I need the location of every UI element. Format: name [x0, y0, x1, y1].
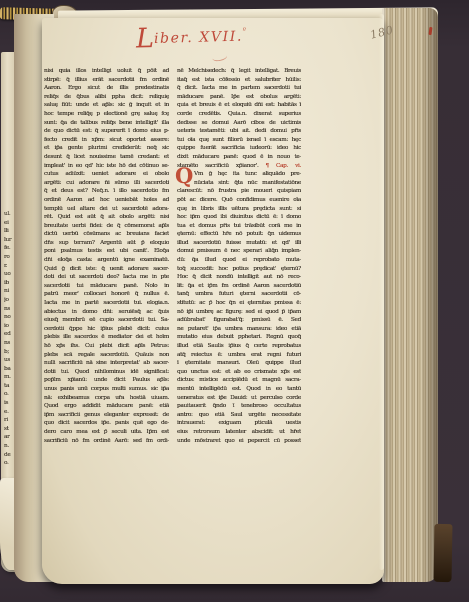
- text-line: reliq̄s de q̄bus alibi ppha dicit: reliq…: [44, 93, 169, 102]
- book-photo: ul.eillilurfe.ror.uoibnijonsnoioednsb;us…: [0, 0, 469, 602]
- text-line: itaq̄ est ista cōfessio et salubriter hū…: [177, 76, 301, 85]
- text-line: hoc tempe reliq̄ę p electionē grę saluę …: [44, 110, 169, 119]
- text-line: q̄ dicit. Iacta me in partem sacerdotii …: [177, 84, 301, 93]
- text-line: ne putaret' ip̄a umbra mansura: ideo eti…: [177, 325, 301, 334]
- text-line: hō xp̄s ih̄s. Cui plebi dicit ap̄ls Petr…: [44, 342, 169, 351]
- text-line: quę in libris illis uētura prędicta sunt…: [177, 205, 301, 214]
- text-line: dn̄s sup terram? Argentū aūt p̄ eloquio: [44, 239, 169, 248]
- text-line: quo dicit sacerdos ip̄e. panis quē ego d…: [44, 419, 169, 428]
- text-line: lit: q̄a et ip̄m fm ordinē Aaron sacerdo…: [177, 282, 301, 291]
- drop-cap-initial: Q: [175, 166, 193, 186]
- text-line: antro: quo etiā Saul urgēte necessitate: [177, 411, 301, 420]
- text-line: stirpē: q̄ illius erāt sacerdotii fm ord…: [44, 76, 169, 85]
- running-title-flourish-mark: º: [243, 27, 247, 35]
- text-line: ī ęternitate mansuri. Oleū quippe illud: [177, 359, 301, 368]
- text-line: nūciata sint: q̄ta nūc manifestatiōne: [177, 179, 301, 188]
- text-line: ueteris testamēti: ubi ait. dedi domui p…: [177, 127, 301, 136]
- text-line: breuitate uerbi fidei: de q̄ cōmemorat a…: [44, 222, 169, 231]
- text-line: quippe fuerāt sacrificia iudeorū: ideo h…: [177, 144, 301, 153]
- text-line: pōt ac dicere. Quō confidimus euenire oī…: [177, 196, 301, 205]
- text-line: sacerdotii tui māducare panē. Nolo in: [44, 282, 169, 291]
- text-line: templū uel altare dei ut sacerdotē adora…: [44, 205, 169, 214]
- text-line: patrū meor' collocari honorē q̄ nullus ē…: [44, 290, 169, 299]
- running-title-text: iber. XVII.: [154, 29, 243, 47]
- text-line: nisi quia illos intelligi uoluit q̄ pōit…: [44, 67, 169, 76]
- text-line: poni psalmus testis est ubi canit'. Eloq…: [44, 247, 169, 256]
- text-line: illud etiā Saulis ip̄ius q̄ certe reprob…: [177, 342, 301, 351]
- text-line: dero caro mea est p̄ seculi uita. Ip̄m e…: [44, 428, 169, 437]
- text-line: quia et breuis ē et eloquiū dn̄i est: ha…: [177, 101, 301, 110]
- text-line: pop̄lm xp̄ianū: unde dicit Paulus ap̄ls:: [44, 376, 169, 385]
- text-column-right: Q nē Melchisedech: q̄ legit intelligat. …: [177, 67, 301, 445]
- text-line: nulli sacrificiū nā sine interpretat' ab…: [44, 359, 169, 368]
- chapter-marker: ¶ Cap. vi.: [258, 163, 301, 169]
- text-column-left: nisi quia illos intelligi uoluit q̄ pōit…: [44, 67, 169, 445]
- text-line: unus panis unū corpus multi sumus. sic i…: [44, 385, 169, 394]
- text-line: ip̄m sacrificii genus eleganter expressi…: [44, 411, 169, 420]
- text-line: Vm ḡ hęc ita tunc aliquādo pre-: [177, 170, 301, 179]
- text-line: dn̄i eloq̄a casta: argentū igne examinat…: [44, 256, 169, 265]
- text-line: ordinē Aaron ad hoc ueniebāt hoīes ad: [44, 196, 169, 205]
- text-line: Quod ergo addidit māducare panē: etiā: [44, 402, 169, 411]
- text-line: sacrificiū nō fm ordinē Aarō: sed fm ord…: [44, 437, 169, 446]
- text-line: nō ip̄i umbrę ac figurę: sed ei quod p̄ …: [177, 308, 301, 317]
- text-line: hoc ip̄m quod ibi diuinitus dictū ē: ī d…: [177, 213, 301, 222]
- page-right-edge: [379, 14, 384, 570]
- text-line: corde credētis. Quia.n. dixerat superius: [177, 110, 301, 119]
- text-line: rēt. Quid est aūt q̄ ait obolo argēti: n…: [44, 213, 169, 222]
- text-line: māducare panē. Ip̄e est obolus argēti:: [177, 93, 301, 102]
- text-line: de quo dictū est: q̄ supererit ī domo ei…: [44, 127, 169, 136]
- text-line: illud sacerdotiū fuisse mutatū: et qd' i…: [177, 239, 301, 248]
- text-line: mentū intelligēdū est. Quod in eo tantū: [177, 385, 301, 394]
- text-line: tui oīa quę sunt filiorū israel ī escam:…: [177, 136, 301, 145]
- text-line: domui pmissum ē nec sperari aliq̄n imple…: [177, 247, 301, 256]
- running-title: Liber. XVII.º: [136, 26, 247, 50]
- text-line: stamēto sacrificiū xp̄ianor'. ¶ Cap. vi.: [177, 162, 301, 171]
- text-line: dictus: mistice accipiēdū et magnū sacra…: [177, 376, 301, 385]
- text-line: quo unctus est: et ab eo crismate xp̄s e…: [177, 368, 301, 377]
- text-line: dixit māducare panē: quod ē in nouo te-: [177, 153, 301, 162]
- text-line: plebs scā regale sacerdotiū. Quāuis non: [44, 351, 169, 360]
- text-line: q̄ et deus est? Neq̄.n. ī illo sacerdoti…: [44, 187, 169, 196]
- text-line: atq̄ reiectus ē: umbra erat regni futuri: [177, 351, 301, 360]
- text-line: dotii tui. Quod nihilominus idē signific…: [44, 368, 169, 377]
- text-line: adūbrabat' figurabat'q̄: pmissū ē. Sed: [177, 316, 301, 325]
- text-line: eius retrorsum latenter abscidit: ut hr̄…: [177, 428, 301, 437]
- text-line: desunt q̄ licet nouissime tamē credant: …: [44, 153, 169, 162]
- text-line: cerdotii q̄ppe hic ip̄ius plebē dicit: c…: [44, 325, 169, 334]
- text-line: Quid ḡ dicit iste: q̄ uenit adorare sace…: [44, 265, 169, 274]
- text-line: pauitauerit q̄ndo ī tenebroso occultatus: [177, 402, 301, 411]
- text-line: dedisse se domui Aarō cibos de uictimis: [177, 119, 301, 128]
- text-line: stitutū: ac p̄ hoc q̄n ei ęternitas pmis…: [177, 299, 301, 308]
- text-line: cutus adiūxit: ueniet adorare ei obolo: [44, 170, 169, 179]
- text-line: abiectus in domo dn̄i: seruiēsq̄ ac q̄ui…: [44, 308, 169, 317]
- text-line: tanq̄ umbra futuri ęterni sacerdotii cō-: [177, 290, 301, 299]
- text-line: nā: exhibeamus corpa ur̄a hostiā uiuam.: [44, 394, 169, 403]
- text-line: saluę fiūt: unde et ap̄ls: sic ḡ inquit …: [44, 101, 169, 110]
- text-line: intrauerat: exiguam pticulā uestis: [177, 419, 301, 428]
- text-line: ęternū: effectū hr̄e nō potuit: q̄n uide…: [177, 230, 301, 239]
- text-line: eiusq̄ membrū eē cupio sacerdotii tui. S…: [44, 316, 169, 325]
- text-line: Hoc q̄ dicit nondū intelligit aut nō rec…: [177, 273, 301, 282]
- fore-edge-corner-notch: [433, 524, 452, 582]
- text-line: doti dei ut sacerdoti deo? Iacta me in p…: [44, 273, 169, 282]
- text-line: unde mōstraret quo ei pepercit cū posset: [177, 437, 301, 446]
- text-line: Aaron. Ergo sicut de illis predestinatis: [44, 84, 169, 93]
- text-line: et ip̄a gente plurimi crediderūt: neq̄ s…: [44, 144, 169, 153]
- text-line: ueneratus est ip̄e Dauid: ut perculso co…: [177, 394, 301, 403]
- text-line: toq̄ succedit: hoc potius prędicat' ęter…: [177, 265, 301, 274]
- running-title-initial: L: [136, 23, 155, 54]
- text-line: Iacta me in partē sacerdotii tui. elogia…: [44, 299, 169, 308]
- text-line: dū: q̄a illud quod ei reprobato muta-: [177, 256, 301, 265]
- text-line: mutatio eius debuit pphetari. Regnū quoq…: [177, 333, 301, 342]
- text-line: argēti: cui adorare n̄i sūmo illi sacerd…: [44, 179, 169, 188]
- text-line: plebis ille sacerdos ē mediator dei et h…: [44, 333, 169, 342]
- text-line: fecto credit in xp̄m: sicut oportet asse…: [44, 136, 169, 145]
- fore-edge-pages: [382, 8, 438, 582]
- text-line: impleat' in eo qd' hic iste hō dei cōtin…: [44, 162, 169, 171]
- text-line: dictū uerbū cōsūmans ac breuians faciet: [44, 230, 169, 239]
- text-line: tua et domus pr̄is tui trāsibūt corā me …: [177, 222, 301, 231]
- text-line: nē Melchisedech: q̄ legit intelligat. Br…: [177, 67, 301, 76]
- text-line: clarescūt: nō frustra pie moueri quispia…: [177, 187, 301, 196]
- text-line: sunt: q̄a de talibus reliq̄s bene intell…: [44, 119, 169, 128]
